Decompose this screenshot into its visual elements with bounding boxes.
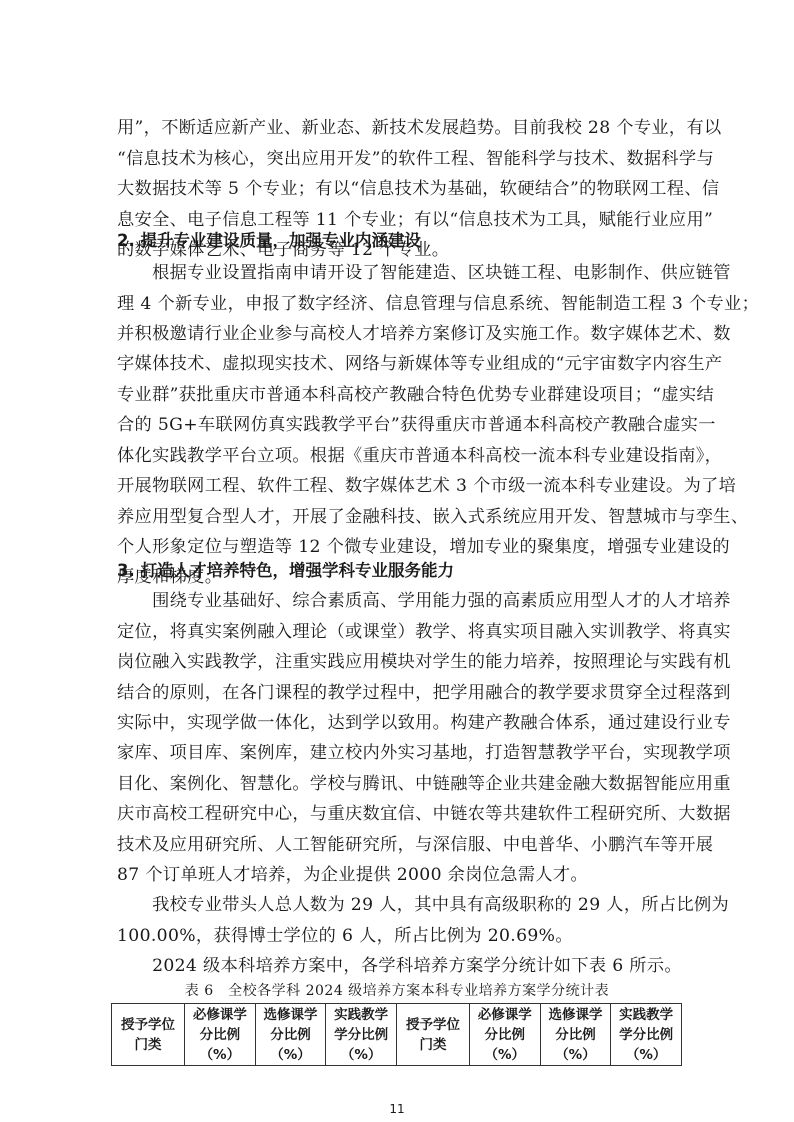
header-required-credit-ratio: 必修课学分比例（%） [185, 1004, 256, 1066]
text-line: 养应用型复合型人才，开展了金融科技、嵌入式系统应用开发、智慧城市与孪生、 [117, 506, 687, 528]
text-line: 2024 级本科培养方案中，各学科培养方案学分统计如下表 6 所示。 [117, 955, 687, 977]
header-degree-category: 授予学位门类 [112, 1004, 185, 1066]
text-line: 大数据技术等 5 个专业；有以“信息技术为基础，软硬结合”的物联网工程、信 [117, 178, 687, 200]
section-heading-2: 2. 提升专业建设质量，加强专业内涵建设 [117, 230, 421, 252]
text-line: 理 4 个新专业，申报了数字经济、信息管理与信息系统、智能制造工程 3 个专业； [117, 293, 687, 315]
header-degree-category: 授予学位门类 [396, 1004, 469, 1066]
text-line: 结合的原则，在各门课程的教学过程中，把学用融合的教学要求贯穿全过程落到 [117, 682, 687, 704]
text-line: 专业群”获批重庆市普通本科高校产教融合特色优势专业群建设项目；“虚实结 [117, 384, 687, 406]
text-line: 87 个订单班人才培养，为企业提供 2000 余岗位急需人才。 [117, 864, 687, 886]
credit-stats-table: 授予学位门类 必修课学分比例（%） 选修课学分比例（%） 实践教学学分比例（%）… [111, 1003, 682, 1066]
header-elective-credit-ratio: 选修课学分比例（%） [540, 1004, 611, 1066]
header-practice-credit-ratio: 实践教学学分比例（%） [326, 1004, 397, 1066]
header-elective-credit-ratio: 选修课学分比例（%） [255, 1004, 326, 1066]
text-line: 开展物联网工程、软件工程、数字媒体艺术 3 个市级一流本科专业建设。为了培 [117, 475, 687, 497]
text-line: 个人形象定位与塑造等 12 个微专业建设，增加专业的聚集度，增强专业建设的 [117, 536, 687, 558]
text-line: 100.00%，获得博士学位的 6 人，所占比例为 20.69%。 [117, 925, 687, 947]
table-caption: 表 6 全校各学科 2024 级培养方案本科专业培养方案学分统计表 [0, 982, 794, 1000]
text-line: 我校专业带头人总人数为 29 人，其中具有高级职称的 29 人，所占比例为 [117, 894, 687, 916]
table-header-row: 授予学位门类 必修课学分比例（%） 选修课学分比例（%） 实践教学学分比例（%）… [112, 1004, 682, 1066]
section-heading-3: 3. 打造人才培养特色，增强学科专业服务能力 [117, 560, 454, 582]
header-required-credit-ratio: 必修课学分比例（%） [469, 1004, 540, 1066]
text-line: 岗位融入实践教学，注重实践应用模块对学生的能力培养，按照理论与实践有机 [117, 651, 687, 673]
text-line: 定位，将真实案例融入理论（或课堂）教学、将真实项目融入实训教学、将真实 [117, 621, 687, 643]
text-line: 息安全、电子信息工程等 11 个专业；有以“信息技术为工具，赋能行业应用” [117, 209, 687, 231]
text-line: “信息技术为核心，突出应用开发”的软件工程、智能科学与技术、数据科学与 [117, 148, 687, 170]
text-line: 实际中，实现学做一体化，达到学以致用。构建产教融合体系，通过建设行业专 [117, 712, 687, 734]
document-page: 用”，不断适应新产业、新业态、新技术发展趋势。目前我校 28 个专业，有以 “信… [0, 0, 794, 1122]
text-line: 家库、项目库、案例库，建立校内外实习基地，打造智慧教学平台，实现教学项 [117, 742, 687, 764]
text-line: 并积极邀请行业企业参与高校人才培养方案修订及实施工作。数字媒体艺术、数 [117, 323, 687, 345]
header-practice-credit-ratio: 实践教学学分比例（%） [611, 1004, 682, 1066]
text-line: 用”，不断适应新产业、新业态、新技术发展趋势。目前我校 28 个专业，有以 [117, 117, 687, 139]
text-line: 根据专业设置指南申请开设了智能建造、区块链工程、电影制作、供应链管 [117, 262, 687, 284]
text-line: 技术及应用研究所、人工智能研究所，与深信服、中电普华、小鹏汽车等开展 [117, 834, 687, 856]
text-line: 合的 5G+车联网仿真实践教学平台”获得重庆市普通本科高校产教融合虚实一 [117, 414, 687, 436]
page-number: 11 [0, 1102, 794, 1116]
text-line: 目化、案例化、智慧化。学校与腾讯、中链融等企业共建金融大数据智能应用重 [117, 773, 687, 795]
text-line: 围绕专业基础好、综合素质高、学用能力强的高素质应用型人才的人才培养 [117, 590, 687, 612]
text-line: 体化实践教学平台立项。根据《重庆市普通本科高校一流本科专业建设指南》， [117, 445, 687, 467]
text-line: 字媒体技术、虚拟现实技术、网络与新媒体等专业组成的“元宇宙数字内容生产 [117, 353, 687, 375]
text-line: 庆市高校工程研究中心，与重庆数宜信、中链农等共建软件工程研究所、大数据 [117, 803, 687, 825]
